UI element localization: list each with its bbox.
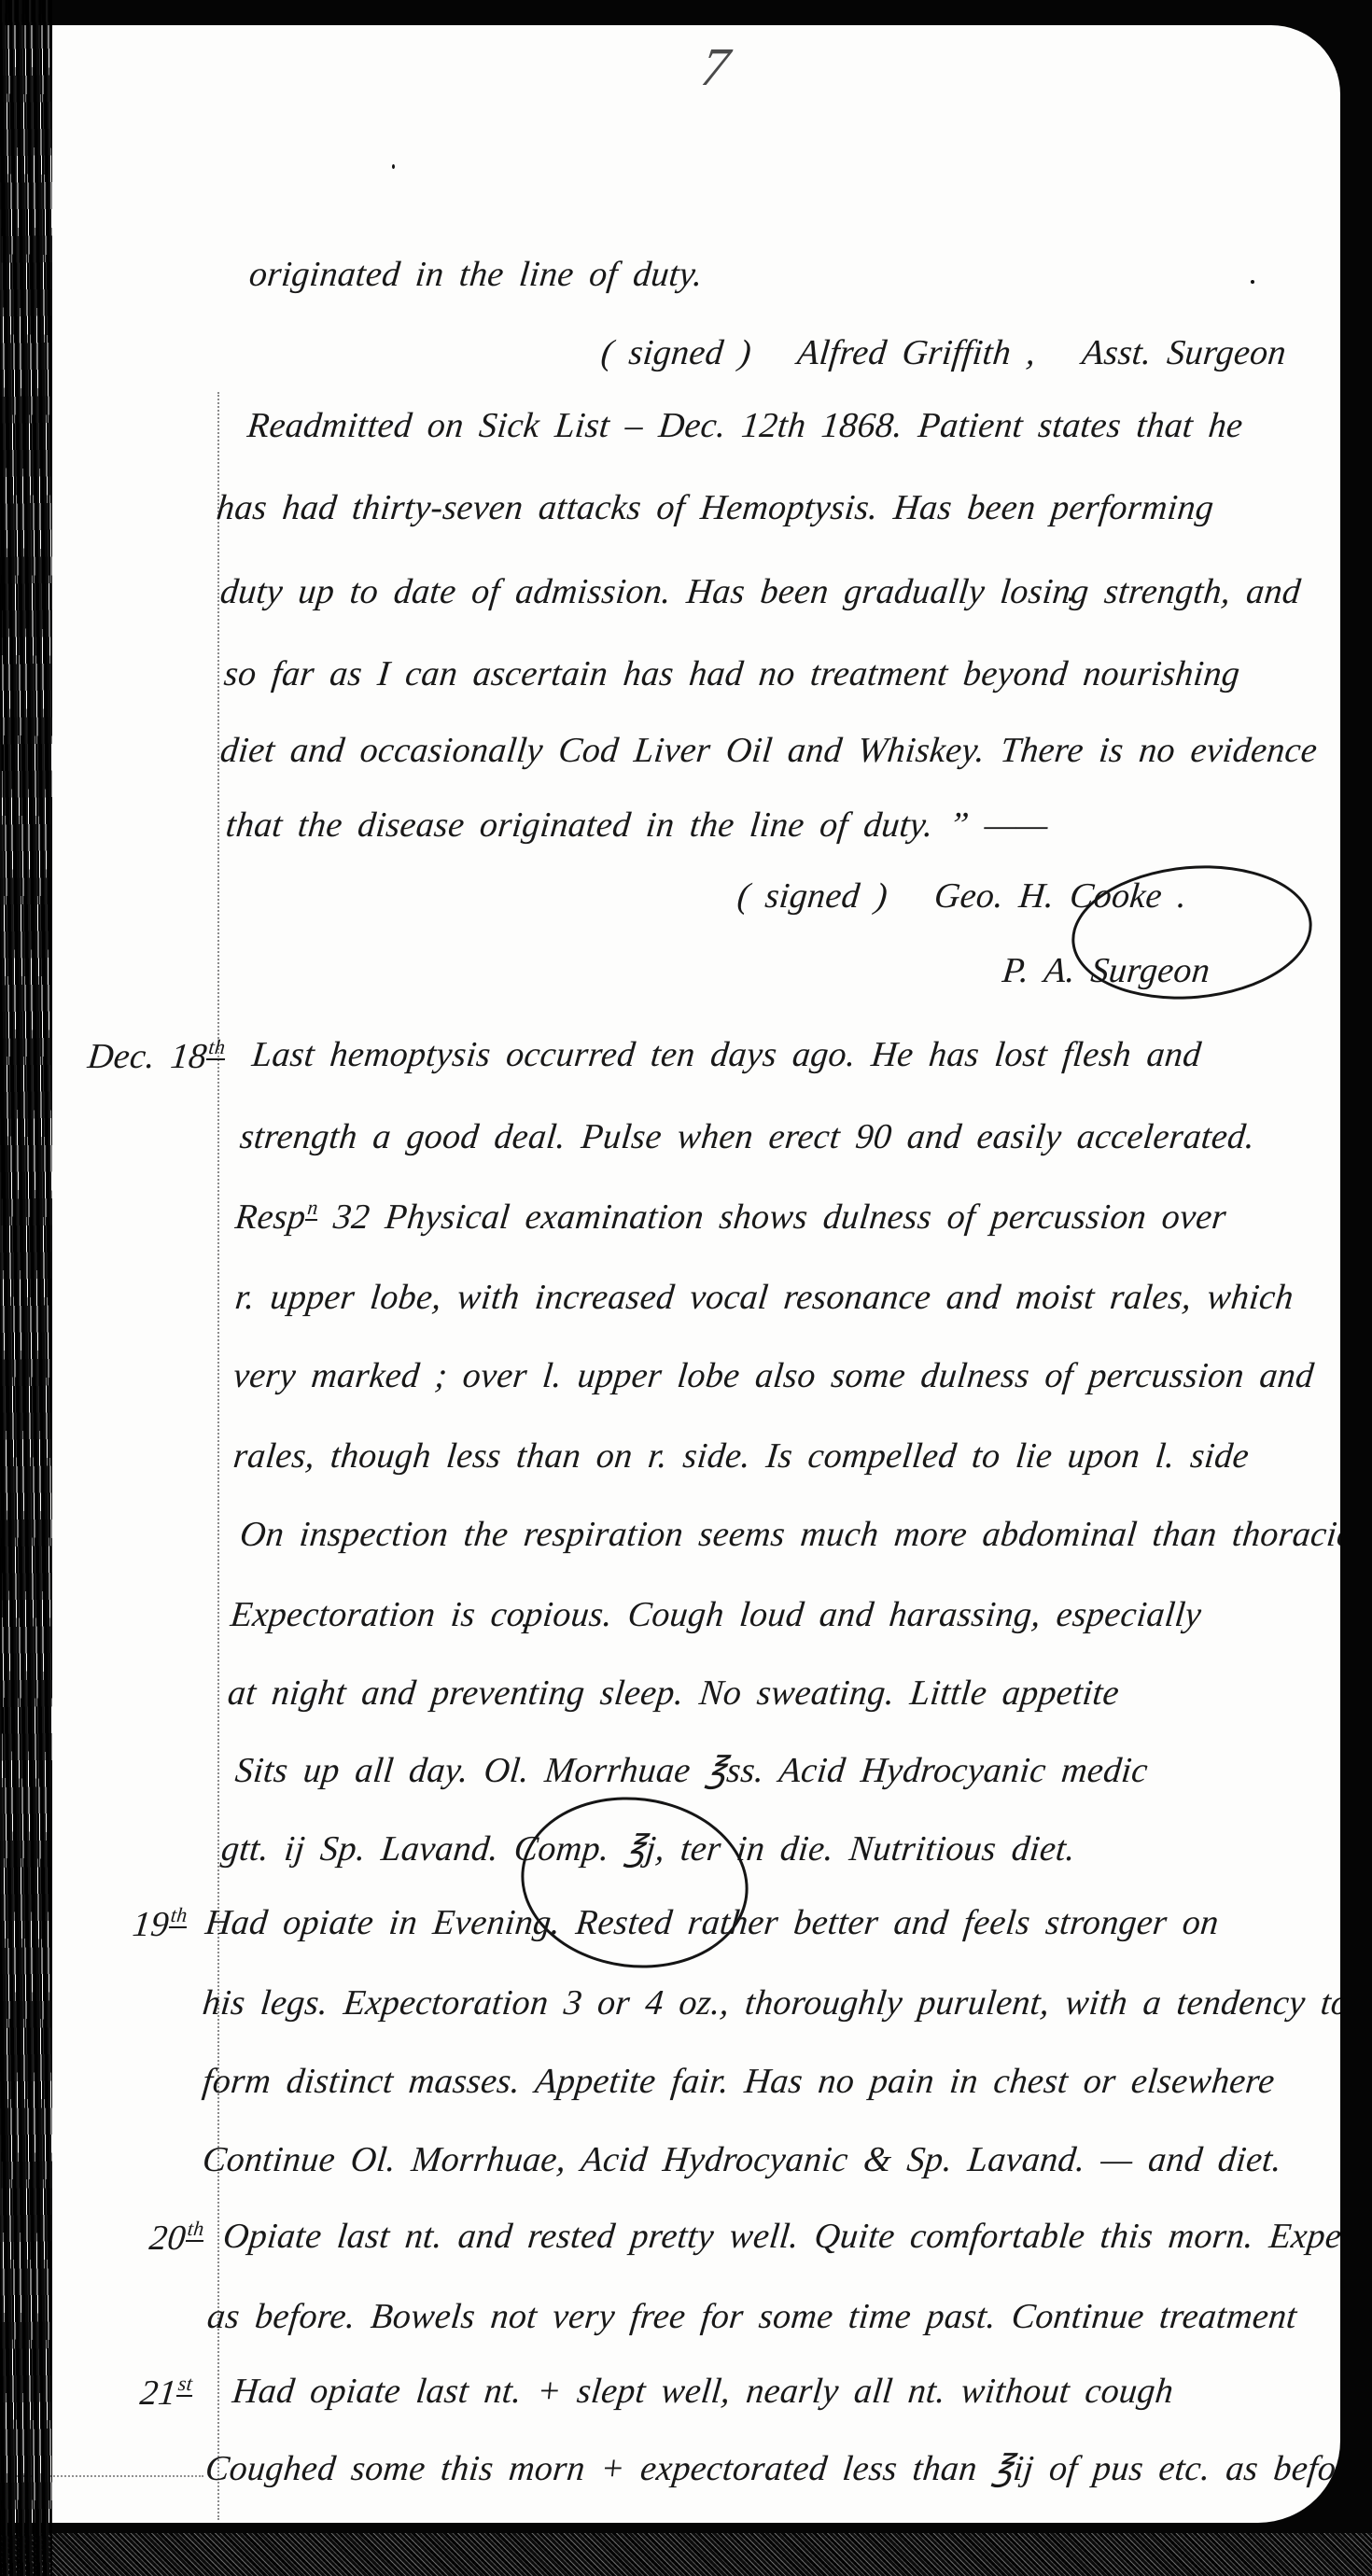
- scan-noise-bottom: [0, 2533, 1372, 2576]
- entry-date-superscript: st: [176, 2372, 195, 2397]
- page-number: 7: [697, 35, 733, 98]
- manuscript-line: Opiate last nt. and rested pretty well. …: [221, 2216, 1340, 2257]
- entry-date-dec-18: Dec. 18th: [86, 1036, 228, 1077]
- manuscript-line: Respn 32 Physical examination shows duln…: [233, 1197, 1228, 1238]
- entry-date-text: 21: [138, 2373, 178, 2413]
- manuscript-line: Had opiate in Evening. Rested rather bet…: [203, 1902, 1221, 1943]
- manuscript-line: diet and occasionally Cod Liver Oil and …: [218, 730, 1319, 771]
- signed-prefix: ( signed ): [735, 876, 889, 916]
- manuscript-line: Expectoration is copious. Cough loud and…: [229, 1594, 1203, 1635]
- manuscript-page: 7 originated in the line of duty. ( sign…: [2, 25, 1340, 2523]
- line-text: 32 Physical examination shows dulness of…: [315, 1197, 1227, 1237]
- scan-speck: [1069, 597, 1071, 601]
- manuscript-line: so far as I can ascertain has had no tre…: [222, 653, 1242, 694]
- ink-circle-comp-dose: [511, 1785, 758, 1981]
- manuscript-line: originated in the line of duty.: [247, 254, 705, 295]
- margin-rule: [217, 392, 219, 2520]
- manuscript-line: Had opiate last nt. + slept well, nearly…: [231, 2371, 1175, 2412]
- entry-date-text: 20: [147, 2219, 188, 2258]
- signature-name: Alfred Griffith ,: [795, 333, 1038, 372]
- manuscript-line: strength a good deal. Pulse when erect 9…: [238, 1116, 1257, 1157]
- signature-griffith: ( signed ) Alfred Griffith , Asst. Surge…: [599, 332, 1288, 373]
- manuscript-line: Readmitted on Sick List – Dec. 12th 1868…: [245, 405, 1245, 446]
- manuscript-line: Sits up all day. Ol. Morrhuae ℥ss. Acid …: [233, 1749, 1150, 1791]
- manuscript-line: Coughed some this morn + expectorated le…: [203, 2447, 1340, 2489]
- scanned-manuscript: 7 originated in the line of duty. ( sign…: [0, 0, 1372, 2576]
- manuscript-line: his legs. Expectoration 3 or 4 oz., thor…: [201, 1982, 1340, 2023]
- manuscript-line: rales, though less than on r. side. Is c…: [231, 1435, 1251, 1477]
- resp-abbrev: Resp: [233, 1197, 307, 1237]
- manuscript-line: as before. Bowels not very free for some…: [205, 2296, 1299, 2337]
- page-content: 7 originated in the line of duty. ( sign…: [2, 25, 1340, 2523]
- signed-prefix: ( signed ): [599, 333, 753, 372]
- entry-date-21: 21st: [138, 2373, 195, 2414]
- manuscript-line: Continue Ol. Morrhuae, Acid Hydrocyanic …: [201, 2139, 1283, 2180]
- manuscript-line: Last hemoptysis occurred ten days ago. H…: [250, 1034, 1203, 1075]
- entry-date-text: 19: [131, 1905, 171, 1944]
- manuscript-line: that the disease originated in the line …: [224, 805, 1050, 846]
- scan-speck: [392, 164, 395, 169]
- scan-speck: [523, 1624, 525, 1627]
- scan-speck: [1251, 280, 1254, 284]
- manuscript-line: duty up to date of admission. Has been g…: [218, 571, 1303, 612]
- entry-date-superscript: th: [206, 1035, 228, 1060]
- entry-date-superscript: th: [186, 2217, 207, 2242]
- manuscript-line: has had thirty-seven attacks of Hemoptys…: [215, 487, 1216, 528]
- manuscript-line: form distinct masses. Appetite fair. Has…: [201, 2061, 1277, 2102]
- entry-date-superscript: th: [169, 1903, 190, 1928]
- entry-date-text: Dec. 18: [86, 1037, 209, 1076]
- entry-date-20: 20th: [147, 2218, 206, 2259]
- manuscript-line: very marked ; over l. upper lobe also so…: [231, 1355, 1316, 1396]
- manuscript-line: r. upper lobe, with increased vocal reso…: [233, 1277, 1295, 1318]
- binding-edge-left: [0, 0, 52, 2576]
- signature-title: Asst. Surgeon: [1080, 333, 1288, 372]
- manuscript-line: On inspection the respiration seems much…: [238, 1514, 1340, 1555]
- entry-date-19: 19th: [131, 1904, 189, 1945]
- manuscript-line: at night and preventing sleep. No sweati…: [226, 1673, 1121, 1714]
